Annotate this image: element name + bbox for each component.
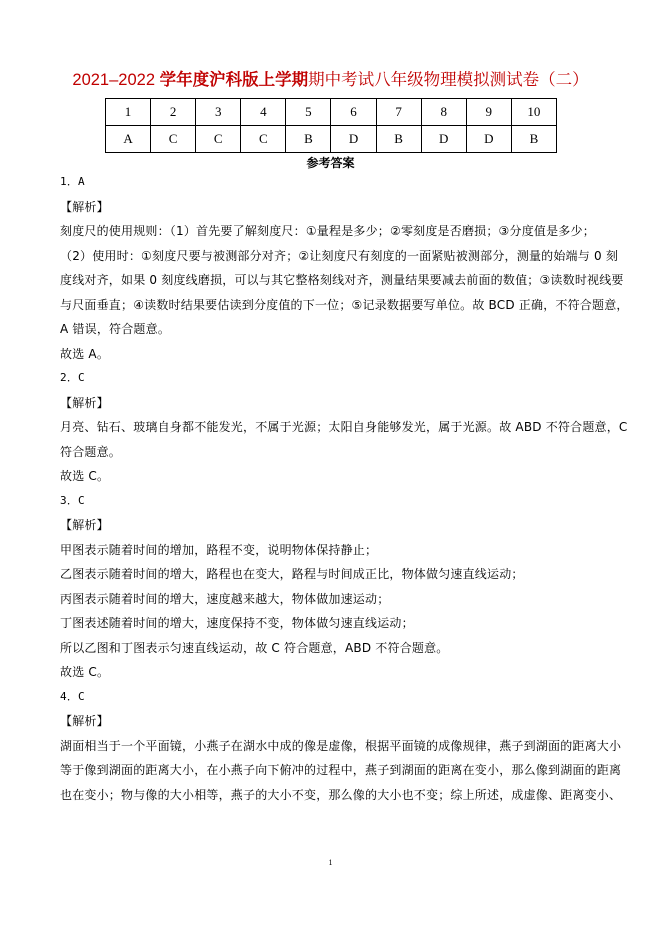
body-line: 月亮、钻石、玻璃自身都不能发光，不属于光源；太阳自身能够发光，属于光源。故 AB… <box>60 415 605 440</box>
document-title: 2021–2022 学年度沪科版上学期期中考试八年级物理模拟测试卷（二） <box>0 66 661 90</box>
answer-cell: D <box>466 126 511 153</box>
answer-cell: C <box>196 126 241 153</box>
body-line: 丙图表示随着时间的增大，速度越来越大，物体做加速运动； <box>60 587 605 612</box>
title-part1: 学年度沪科版 <box>160 70 259 89</box>
question-number-cell: 7 <box>376 99 421 126</box>
answer-cell: D <box>331 126 376 153</box>
question-number-cell: 2 <box>151 99 196 126</box>
body-line: 与尺面垂直；④读数时结果要估读到分度值的下一位；⑤记录数据要写单位。故 BCD … <box>60 293 605 318</box>
question-answer-line: 2．C <box>60 366 605 391</box>
answer-table: 1 2 3 4 5 6 7 8 9 10 A C C C B D B D D B <box>105 98 557 153</box>
answer-table-numbers-row: 1 2 3 4 5 6 7 8 9 10 <box>106 99 557 126</box>
question-number-cell: 9 <box>466 99 511 126</box>
body-line: 符合题意。 <box>60 440 605 465</box>
question-number-cell: 5 <box>286 99 331 126</box>
analysis-heading: 【解析】 <box>60 513 605 538</box>
answer-cell: C <box>241 126 286 153</box>
answer-cell: B <box>286 126 331 153</box>
reference-answers-heading: 参考答案 <box>0 154 661 171</box>
title-year: 2021–2022 <box>72 71 159 89</box>
question-number-cell: 3 <box>196 99 241 126</box>
question-number-cell: 8 <box>421 99 466 126</box>
title-part3: 期中考试八年级物理模拟测试卷（二） <box>308 70 589 89</box>
question-number-cell: 4 <box>241 99 286 126</box>
analysis-heading: 【解析】 <box>60 391 605 416</box>
analysis-heading: 【解析】 <box>60 709 605 734</box>
question-number-cell: 1 <box>106 99 151 126</box>
analysis-heading: 【解析】 <box>60 195 605 220</box>
choice-line: 故选 A。 <box>60 342 605 367</box>
question-number-cell: 10 <box>511 99 556 126</box>
body-line: 所以乙图和丁图表示匀速直线运动，故 C 符合题意，ABD 不符合题意。 <box>60 636 605 661</box>
page-number: 1 <box>0 858 661 867</box>
answer-cell: B <box>511 126 556 153</box>
answer-cell: B <box>376 126 421 153</box>
answer-cell: C <box>151 126 196 153</box>
title-part2: 上学期 <box>259 70 309 89</box>
body-line: 等于像到湖面的距离大小，在小燕子向下俯冲的过程中，燕子到湖面的距离在变小，那么像… <box>60 758 605 783</box>
body-line: 刻度尺的使用规则：（1）首先要了解刻度尺：①量程是多少；②零刻度是否磨损；③分度… <box>60 219 605 244</box>
answer-table-answers-row: A C C C B D B D D B <box>106 126 557 153</box>
choice-line: 故选 C。 <box>60 660 605 685</box>
question-answer-line: 3．C <box>60 489 605 514</box>
body-line: 乙图表示随着时间的增大，路程也在变大，路程与时间成正比，物体做匀速直线运动； <box>60 562 605 587</box>
body-line: A 错误，符合题意。 <box>60 317 605 342</box>
body-line: 丁图表述随着时间的增大，速度保持不变，物体做匀速直线运动； <box>60 611 605 636</box>
choice-line: 故选 C。 <box>60 464 605 489</box>
answer-cell: D <box>421 126 466 153</box>
question-answer-line: 1．A <box>60 170 605 195</box>
body-line: （2）使用时：①刻度尺要与被测部分对齐；②让刻度尺有刻度的一面紧贴被测部分，测量… <box>60 244 605 269</box>
question-number-cell: 6 <box>331 99 376 126</box>
body-line: 也在变小；物与像的大小相等，燕子的大小不变，那么像的大小也不变；综上所述，成虚像… <box>60 783 605 808</box>
body-line: 甲图表示随着时间的增加，路程不变，说明物体保持静止； <box>60 538 605 563</box>
answer-cell: A <box>106 126 151 153</box>
body-line: 度线对齐，如果 0 刻度线磨损，可以与其它整格刻线对齐，测量结果要减去前面的数值… <box>60 268 605 293</box>
body-line: 湖面相当于一个平面镜，小燕子在湖水中成的像是虚像，根据平面镜的成像规律，燕子到湖… <box>60 734 605 759</box>
explanations-body: 1．A 【解析】 刻度尺的使用规则：（1）首先要了解刻度尺：①量程是多少；②零刻… <box>60 170 605 807</box>
question-answer-line: 4．C <box>60 685 605 710</box>
